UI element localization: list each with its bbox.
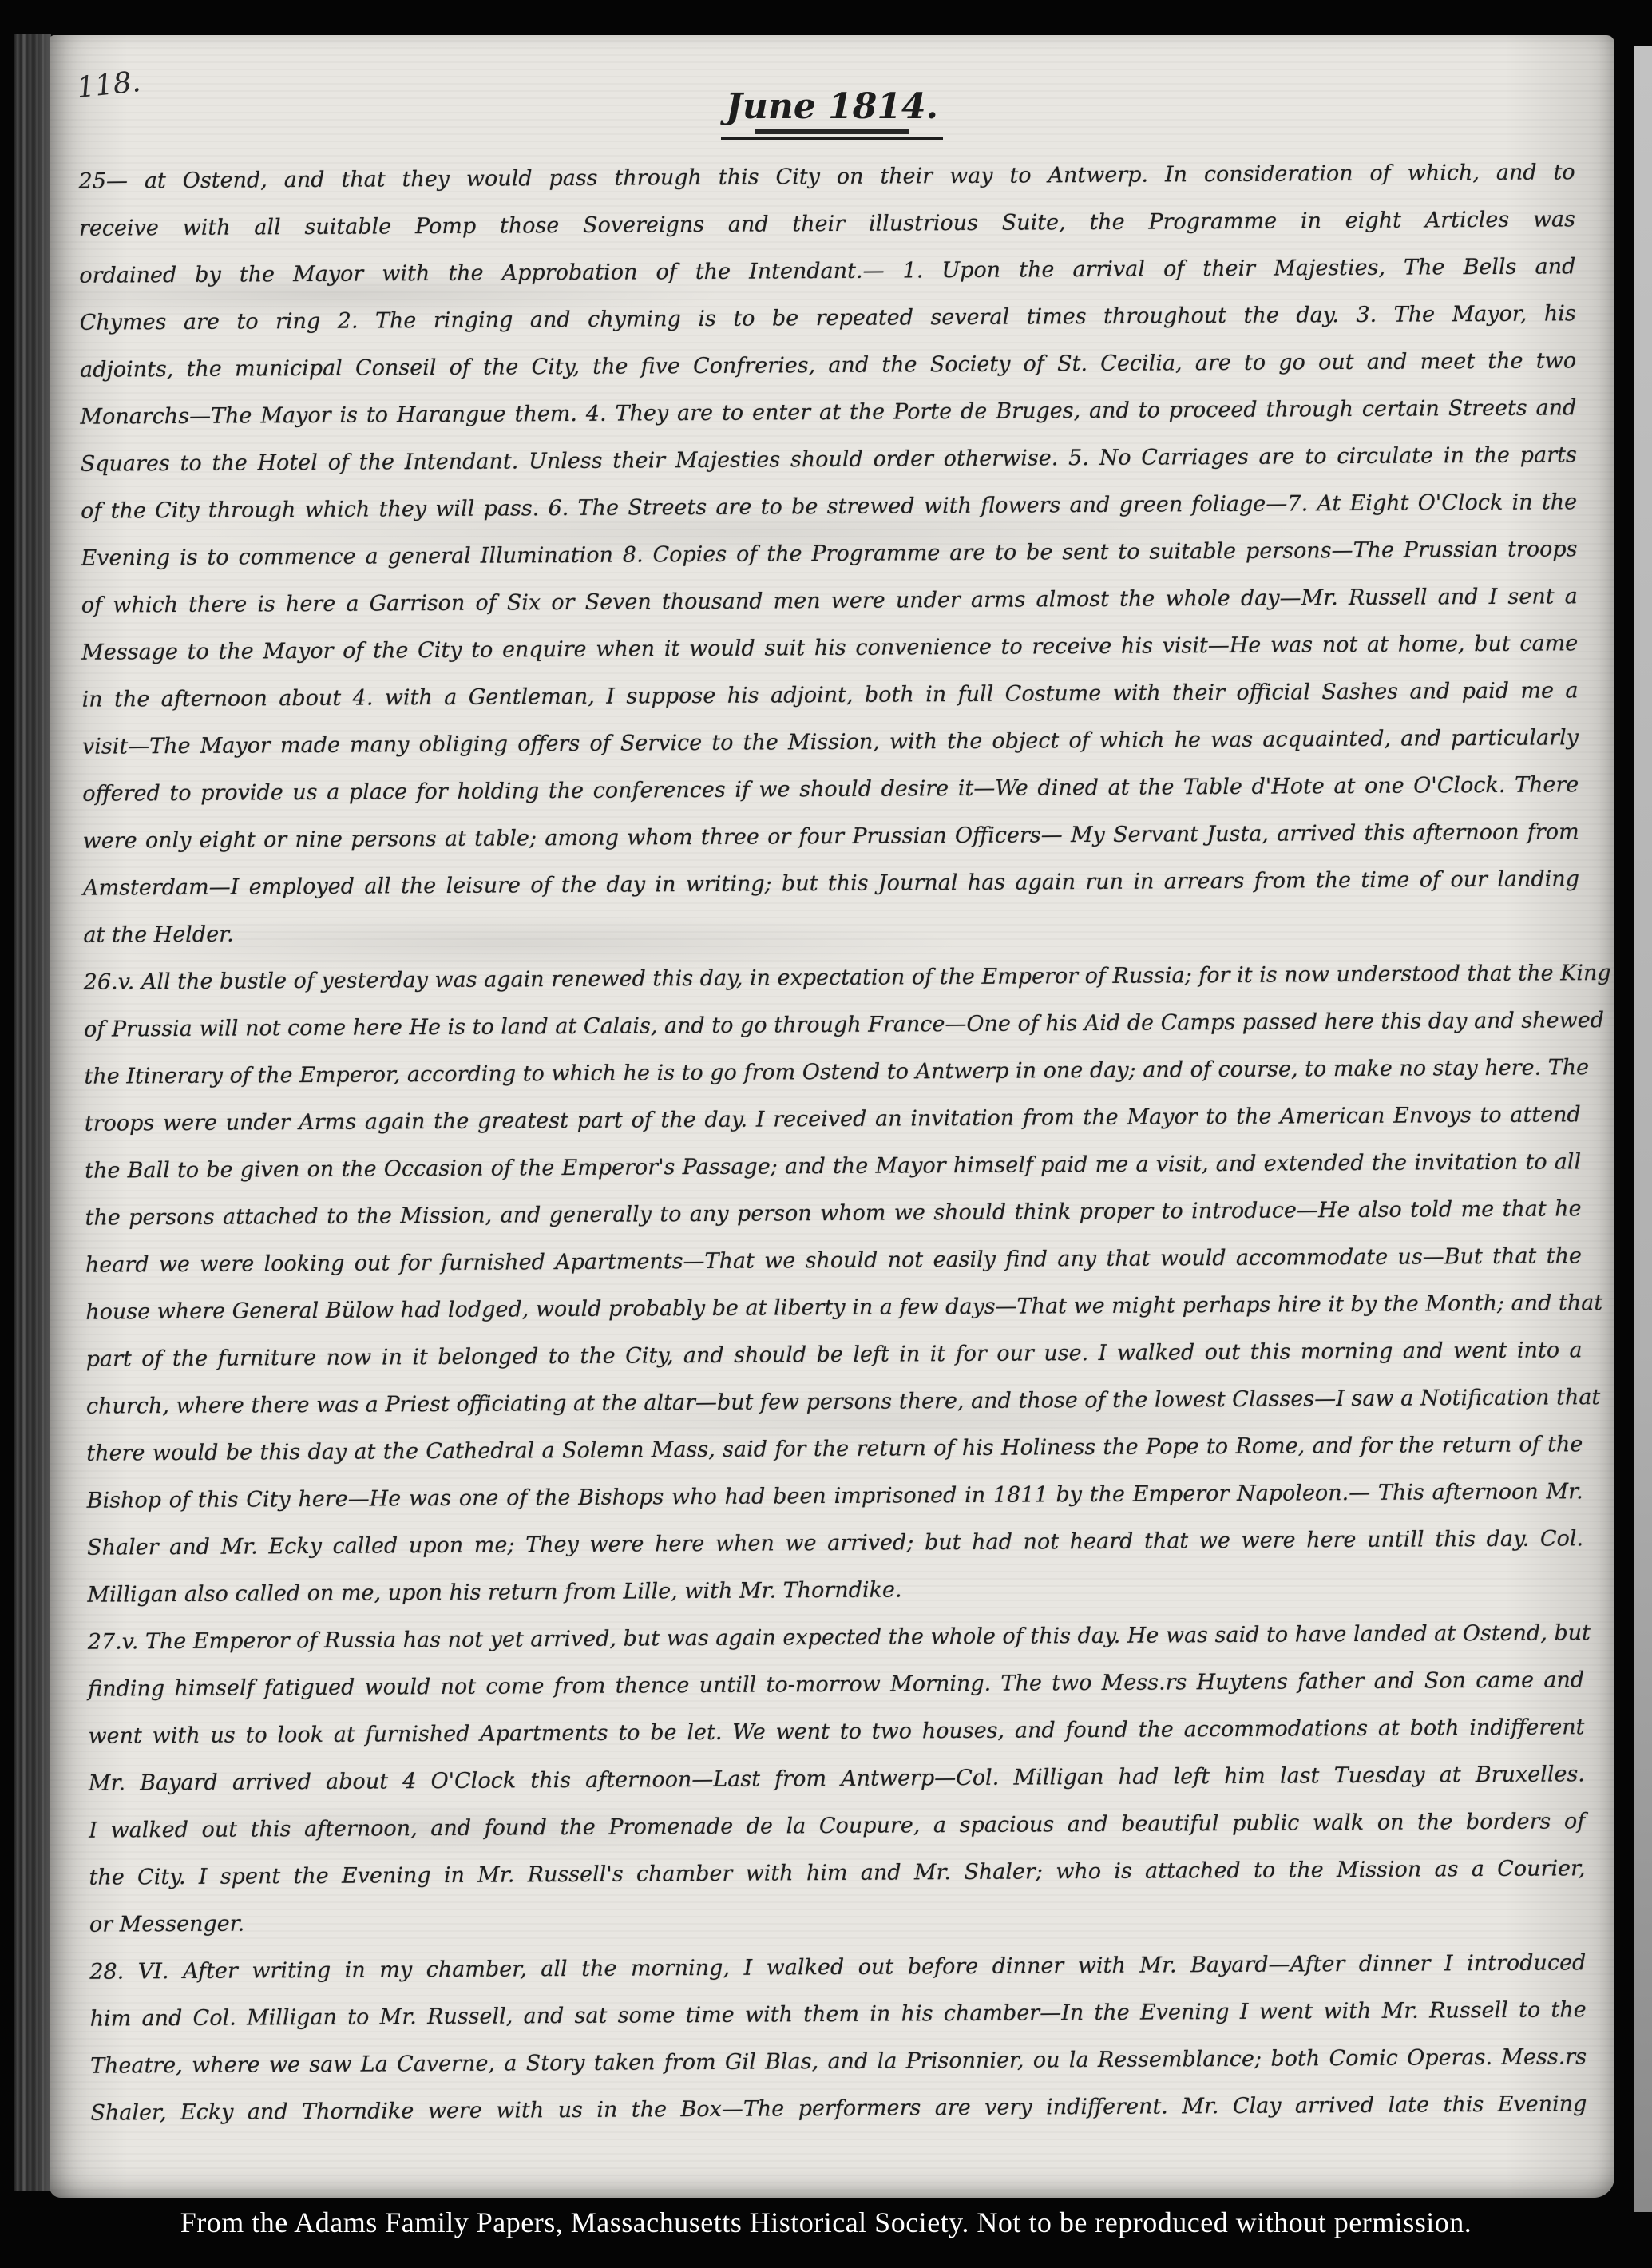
manuscript-scan: 118. June 1814. 25— at Ostend, and that …: [0, 0, 1652, 2268]
manuscript-page: 118. June 1814. 25— at Ostend, and that …: [50, 35, 1614, 2198]
journal-line: Amsterdam—I employed all the leisure of …: [83, 855, 1579, 911]
adjacent-page-edge: [1634, 46, 1652, 2212]
book-pages-edge: [14, 34, 51, 2191]
journal-text: 25— at Ostend, and that they would pass …: [78, 149, 1587, 2136]
date-heading: June 1814.: [50, 86, 1614, 140]
date-heading-text: June 1814.: [721, 86, 943, 140]
archive-caption: From the Adams Family Papers, Massachuse…: [0, 2206, 1652, 2239]
journal-line: the City. I spent the Evening in Mr. Rus…: [89, 1845, 1585, 1901]
journal-line: Shaler and Mr. Ecky called upon me; They…: [87, 1515, 1583, 1571]
journal-line: Shaler, Ecky and Thorndike were with us …: [90, 2080, 1587, 2136]
